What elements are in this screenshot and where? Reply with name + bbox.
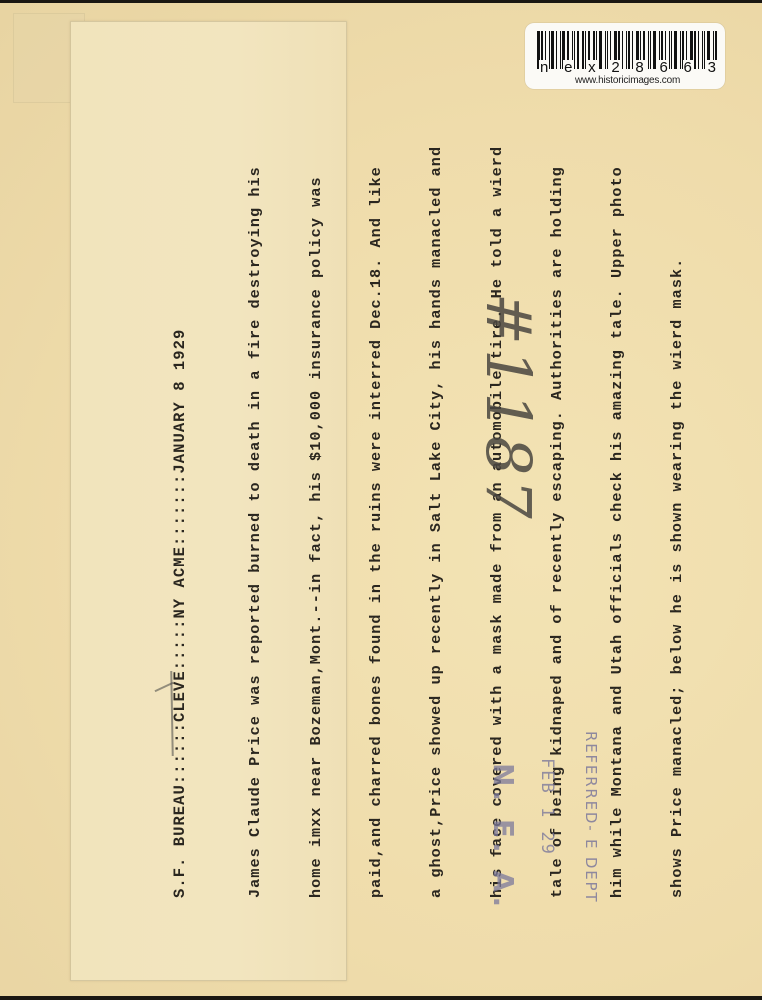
date-stamp: FEB 1 29 bbox=[537, 758, 557, 856]
photo-back-page: S.F. BUREAU::::::CLEVE:::::NY ACME::::::… bbox=[0, 3, 762, 996]
referred-stamp: REFERRED- E DEPT bbox=[582, 731, 600, 903]
barcode-label: n e x 2 8 6 6 3 www.historicimages.com bbox=[525, 23, 725, 89]
barcode-char: 2 bbox=[610, 60, 620, 76]
caption-line: James Claude Price was reported burned t… bbox=[245, 18, 265, 898]
caption-line: shows Price manacled; below he is shown … bbox=[667, 18, 687, 898]
barcode-url: www.historicimages.com bbox=[575, 75, 680, 86]
barcode-char: n bbox=[539, 60, 549, 76]
caption-line: a ghost,Price showed up recently in Salt… bbox=[426, 18, 446, 898]
caption-header: S.F. BUREAU::::::CLEVE:::::NY ACME::::::… bbox=[170, 18, 190, 898]
barcode-char: e bbox=[563, 60, 573, 76]
barcode-char: x bbox=[587, 60, 597, 76]
caption-line: him while Montana and Utah officials che… bbox=[607, 18, 627, 898]
handwritten-number: #1187 bbox=[472, 293, 545, 523]
barcode-char: 3 bbox=[707, 60, 717, 76]
typed-caption: S.F. BUREAU::::::CLEVE:::::NY ACME::::::… bbox=[130, 18, 728, 898]
barcode-id: n e x 2 8 6 6 3 bbox=[539, 60, 717, 76]
barcode-char: 6 bbox=[683, 60, 693, 76]
agency-stamp: N. E. A. bbox=[487, 763, 520, 911]
barcode-char: 6 bbox=[658, 60, 668, 76]
caption-line: home imxx near Bozeman,Mont.--in fact, h… bbox=[306, 18, 326, 898]
caption-line: paid,and charred bones found in the ruin… bbox=[366, 18, 386, 898]
barcode-char: 8 bbox=[634, 60, 644, 76]
